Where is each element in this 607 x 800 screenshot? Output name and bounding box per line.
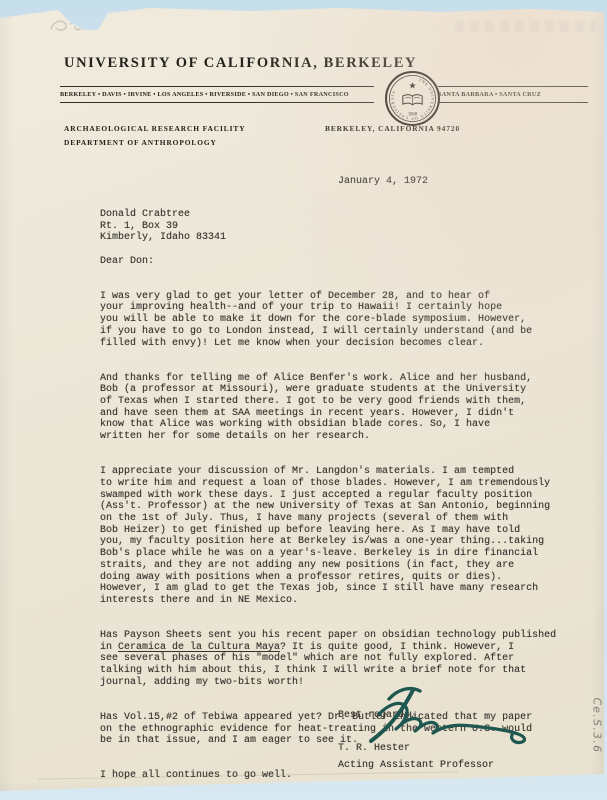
journal-title-underlined: Ceramica de la Cultura Maya <box>118 642 280 653</box>
letter-paper: UNIVERSITY OF CALIFORNIA, BERKELEY BERKE… <box>0 0 607 800</box>
university-title: UNIVERSITY OF CALIFORNIA, BERKELEY <box>64 55 417 72</box>
typed-signature-name: T. R. Hester <box>338 743 410 755</box>
letterhead-place-line: BERKELEY, CALIFORNIA 94720 <box>325 124 460 133</box>
seal-year: 1868 <box>408 112 418 117</box>
signer-title: Acting Assistant Professor <box>338 760 494 772</box>
department-block: ARCHAEOLOGICAL RESEARCH FACILITY DEPARTM… <box>64 122 245 149</box>
paragraph-1: I was very glad to get your letter of De… <box>100 291 578 350</box>
signature-t-head-stroke <box>389 689 420 699</box>
ink-ghosting-smudge <box>455 21 595 32</box>
letter-date: January 4, 1972 <box>338 176 428 188</box>
archival-corner-note: Ce.S.3.6 <box>588 684 603 768</box>
department-line-2: DEPARTMENT OF ANTHROPOLOGY <box>64 136 245 150</box>
salutation: Dear Don: <box>100 256 154 268</box>
pencil-scribble-path <box>51 21 81 30</box>
uc-seal-icon: THE UNIVERSITY OF CALIFORNIA 1868 <box>384 70 441 127</box>
paragraph-2: And thanks for telling me of Alice Benfe… <box>100 373 578 443</box>
paragraph-3: I appreciate your discussion of Mr. Lang… <box>100 466 578 606</box>
pencil-scribble-mark <box>45 15 91 41</box>
recipient-address-block: Donald Crabtree Rt. 1, Box 39 Kimberly, … <box>100 209 226 244</box>
department-line-1: ARCHAEOLOGICAL RESEARCH FACILITY <box>64 122 245 136</box>
scanned-letter-page: UNIVERSITY OF CALIFORNIA, BERKELEY BERKE… <box>0 0 607 800</box>
seal-star-icon <box>409 82 416 88</box>
campus-list-left: BERKELEY • DAVIS • IRVINE • LOS ANGELES … <box>60 86 374 103</box>
campus-list-right: SANTA BARBARA • SANTA CRUZ <box>438 86 588 103</box>
